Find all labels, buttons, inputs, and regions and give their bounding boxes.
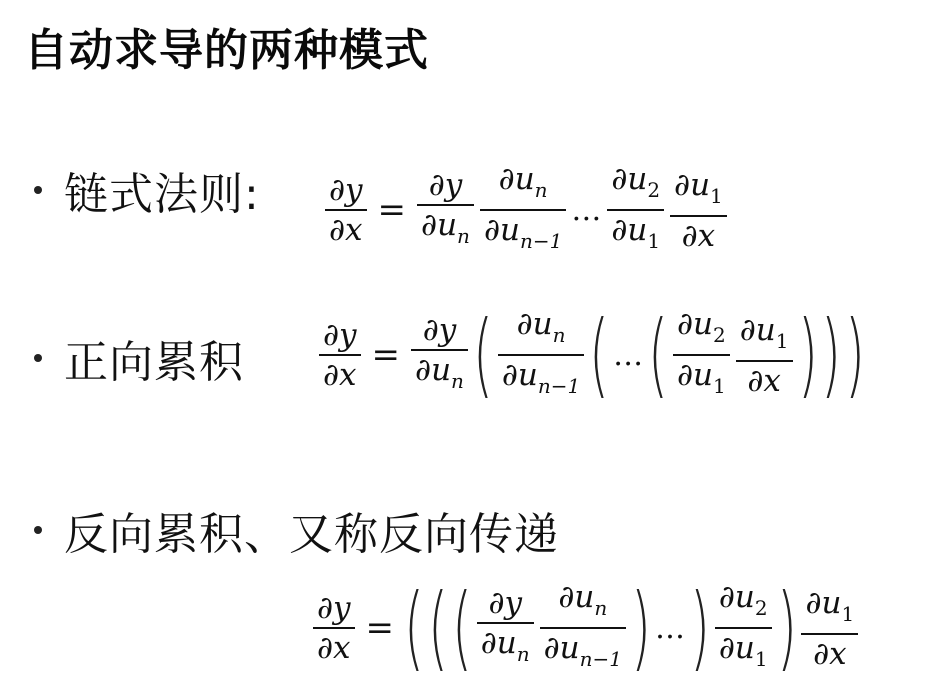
- bullet-dot-icon: [34, 526, 42, 534]
- formula-forward: ∂y∂x = ∂y∂un ( ∂un∂un−1 ( … ( ∂u2∂u1 ∂u1…: [316, 305, 867, 405]
- bullet-label: 链式法则:: [64, 158, 260, 222]
- bullet-forward: 正向累积: [34, 326, 244, 390]
- fraction: ∂y∂un: [411, 311, 468, 400]
- formula-chain-rule: ∂y∂x = ∂y∂un ∂un∂un−1 … ∂u2∂u1 ∂u1∂x: [322, 160, 730, 260]
- fraction: ∂y∂un: [417, 166, 474, 255]
- fraction: ∂un∂un−1: [540, 578, 626, 678]
- fraction: ∂u1∂x: [670, 166, 727, 255]
- fraction: ∂y∂un: [477, 584, 534, 673]
- bullet-dot-icon: [34, 354, 42, 362]
- bullet-reverse: 反向累积、又称反向传递: [34, 498, 559, 562]
- bullet-dot-icon: [34, 186, 42, 194]
- fraction: ∂u2∂u1: [607, 160, 664, 260]
- fraction: ∂y∂x: [325, 171, 367, 249]
- fraction: ∂u2∂u1: [715, 578, 772, 678]
- fraction: ∂un∂un−1: [480, 160, 566, 260]
- bullet-label: 正向累积: [64, 326, 244, 390]
- fraction: ∂u1∂x: [736, 311, 793, 400]
- bullet-chain-rule: 链式法则:: [34, 158, 260, 222]
- fraction: ∂un∂un−1: [498, 305, 584, 405]
- bullet-label: 反向累积、又称反向传递: [64, 498, 559, 562]
- fraction: ∂u2∂u1: [673, 305, 730, 405]
- fraction: ∂y∂x: [313, 589, 355, 667]
- formula-reverse: ∂y∂x = ( ( ( ∂y∂un ∂un∂un−1 ) … ) ∂u2∂u1…: [310, 578, 861, 678]
- page-title: 自动求导的两种模式: [24, 14, 429, 78]
- fraction: ∂u1∂x: [801, 584, 858, 673]
- fraction: ∂y∂x: [319, 316, 361, 394]
